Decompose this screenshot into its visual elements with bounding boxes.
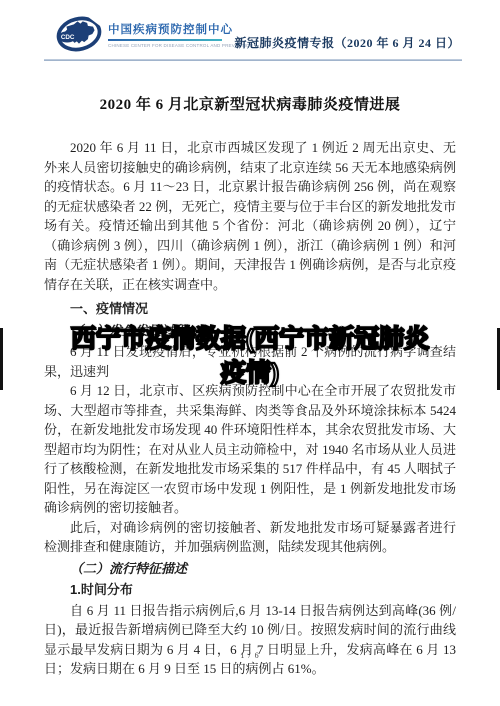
org-underline-divider	[108, 39, 222, 41]
paragraph-time-distribution: 自 6 月 11 日报告指示病例后,6 月 13-14 日报告病例达到高峰(36…	[44, 601, 456, 679]
document-page: { "header": { "logo": { "logo_text": "CD…	[0, 0, 500, 706]
page-number-indicator: 1 / 6	[0, 651, 500, 660]
watermark-edge-left	[0, 328, 3, 390]
paragraph-followup: 此后，对确诊病例的密切接触者、新发地批发市场可疑暴露者进行检测排查和健康随访，并…	[44, 518, 456, 557]
header-divider-rule	[44, 59, 462, 61]
cdc-logo-icon: CDC	[56, 14, 102, 54]
heading-sub-2: （二）流行特征描述	[44, 559, 456, 579]
paragraph-market-screening: 6 月 12 日，北京市、区疾病预防控制中心在全市开展了农贸批发市场、大型超市等…	[44, 381, 456, 518]
heading-sub-1: （一）发生发展过程	[44, 321, 456, 341]
heading-time-distribution: 1.时间分布	[44, 580, 456, 600]
org-name-block: 中国疾病预防控制中心 CHINESE CENTER FOR DISEASE CO…	[108, 21, 253, 48]
report-issue-label: 新冠肺炎疫情专报（2020 年 6 月 24 日）	[234, 34, 460, 51]
org-name-zh: 中国疾病预防控制中心	[108, 21, 253, 37]
page-title: 2020 年 6 月北京新型冠状病毒肺炎疫情进展	[0, 93, 500, 114]
heading-section-1: 一、疫情情况	[44, 299, 456, 319]
cdc-logo-text: CDC	[61, 34, 75, 41]
org-name-en: CHINESE CENTER FOR DISEASE CONTROL AND P…	[108, 43, 253, 48]
paragraph-outbreak-start: 6 月 11 日发现疫情后，专业机构根据前 2 个病例的流行病学调查结果，迅速判	[44, 342, 456, 381]
cdc-logo-block: CDC 中国疾病预防控制中心 CHINESE CENTER FOR DISEAS…	[56, 14, 253, 54]
paragraph-overview: 2020 年 6 月 11 日，北京市西城区发现了 1 例近 2 周无出京史、无…	[44, 138, 456, 294]
report-header: CDC 中国疾病预防控制中心 CHINESE CENTER FOR DISEAS…	[0, 0, 500, 60]
document-body: 2020 年 6 月 11 日，北京市西城区发现了 1 例近 2 周无出京史、无…	[44, 138, 456, 679]
